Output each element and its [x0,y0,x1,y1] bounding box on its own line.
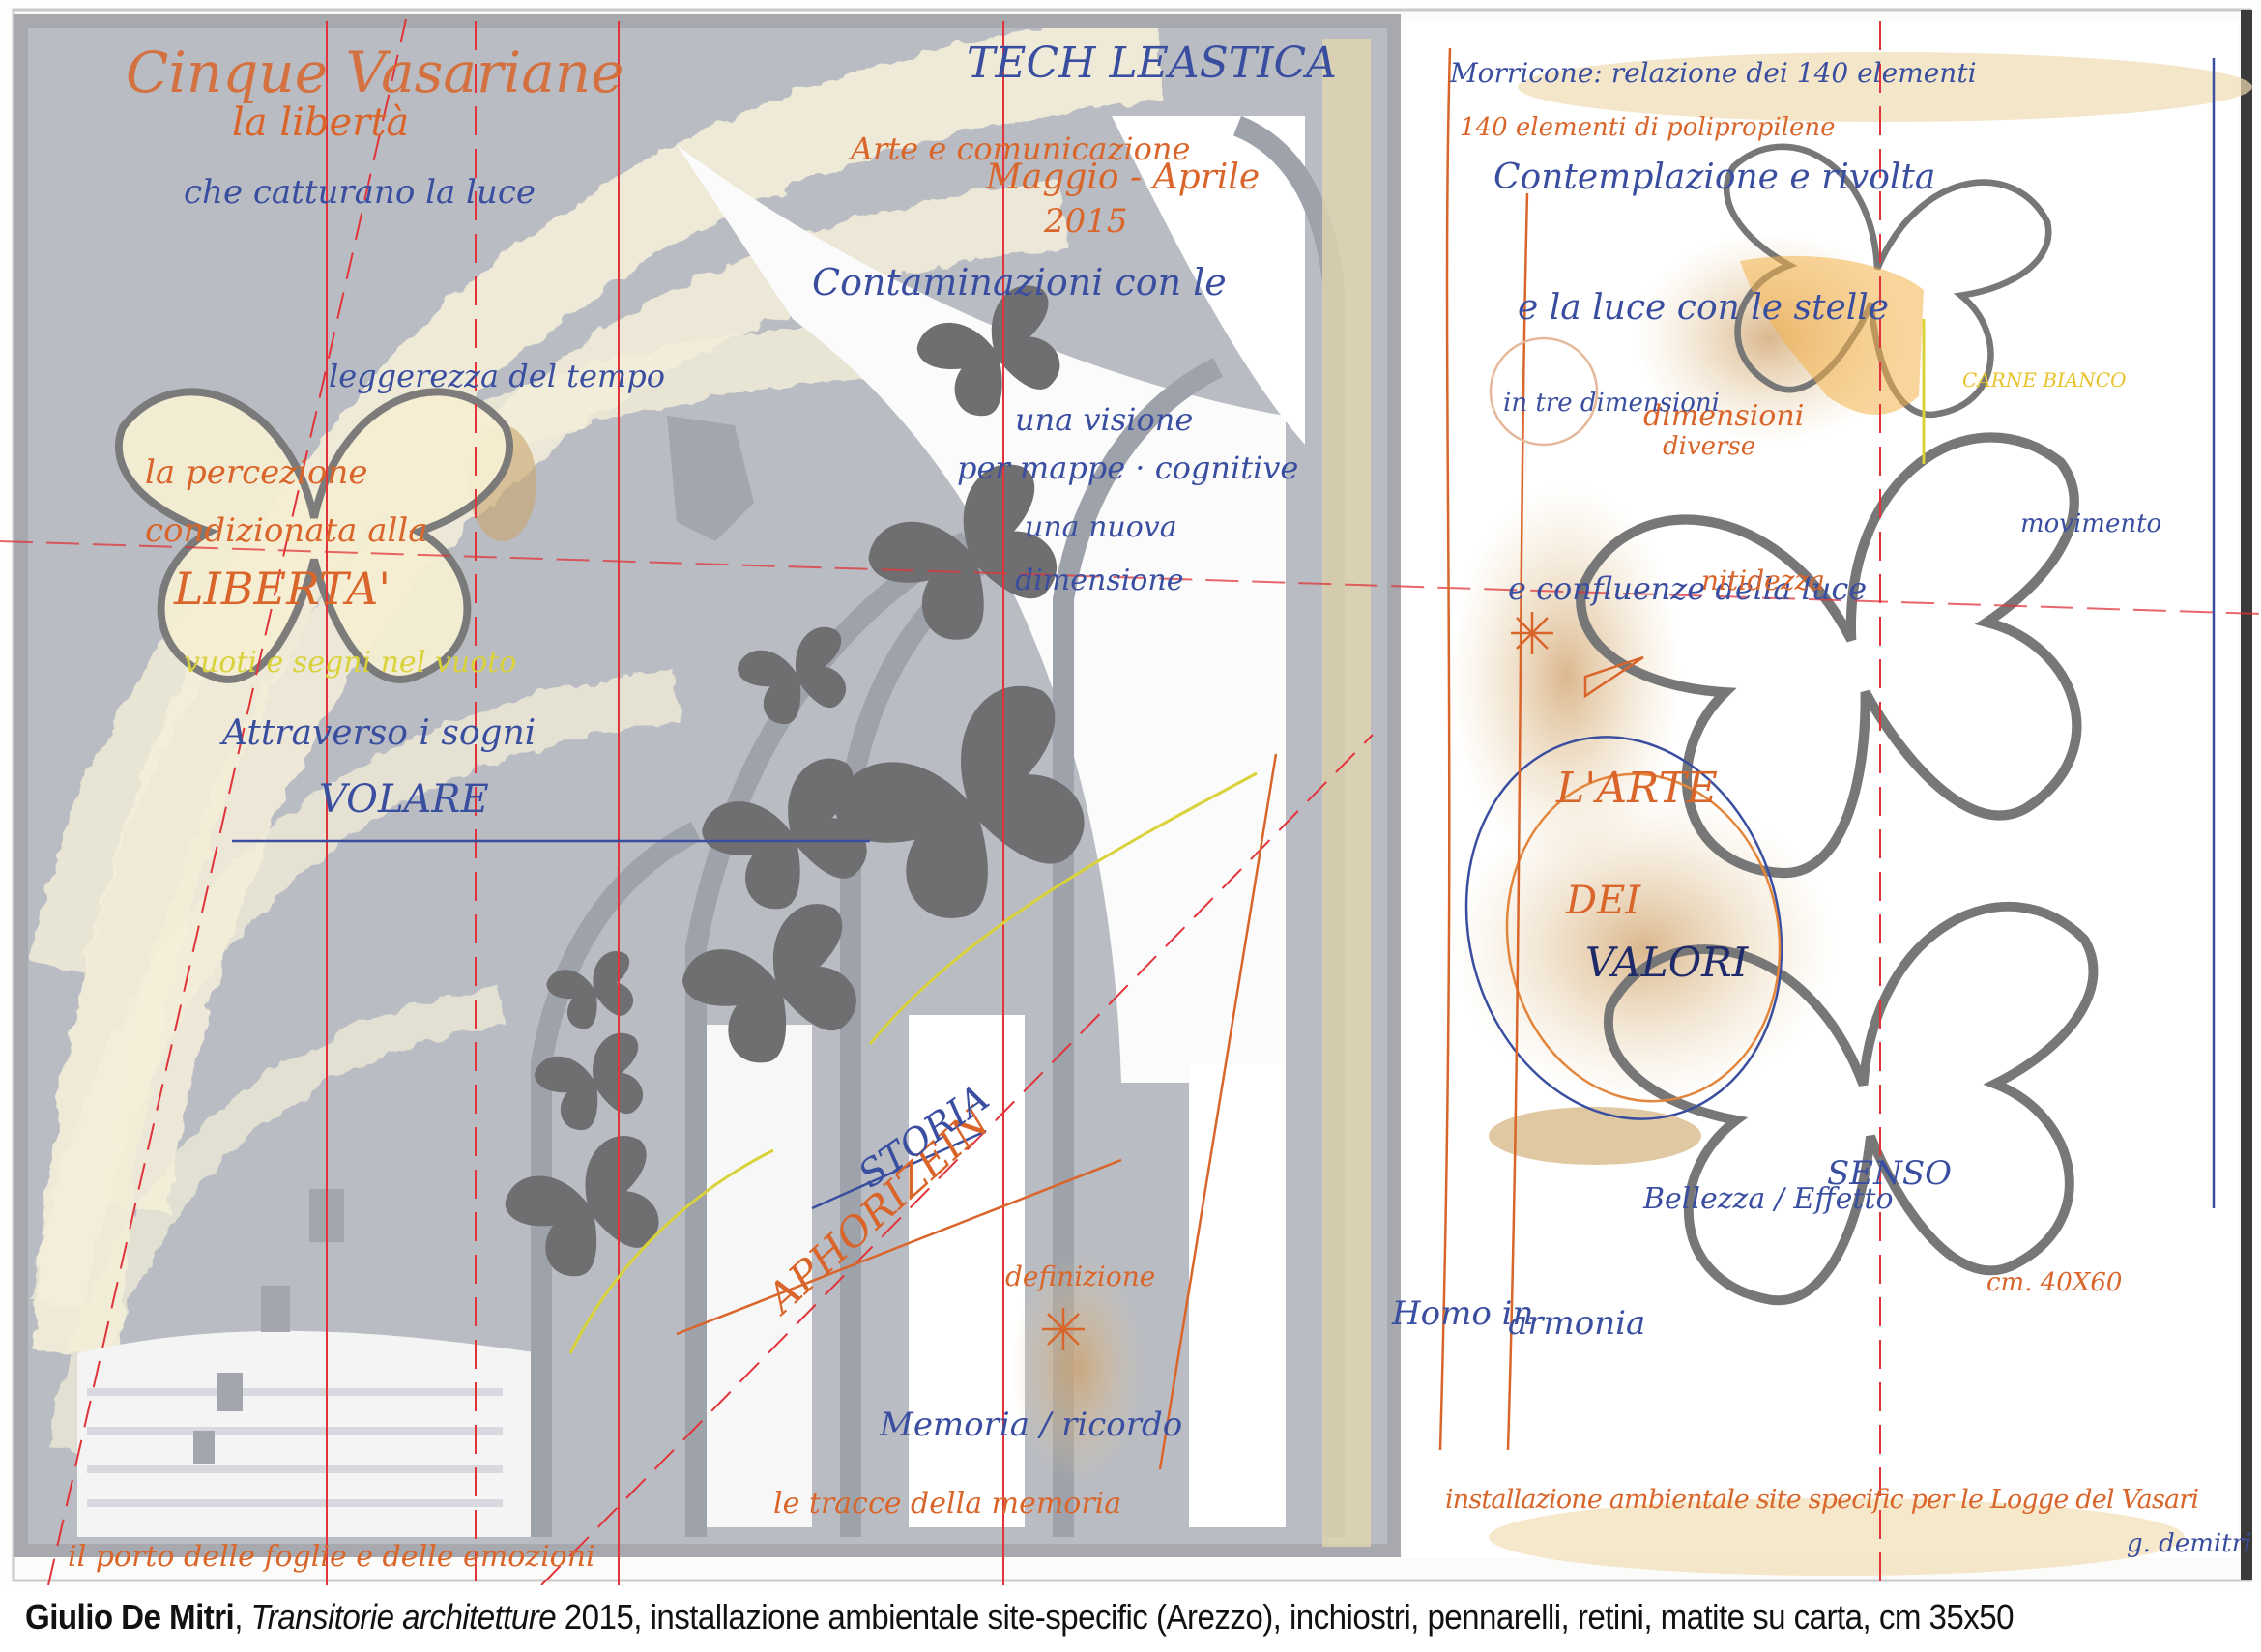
svg-text:la percezione: la percezione [145,453,368,492]
svg-text:che catturano la luce: che catturano la luce [184,173,536,212]
label-arte: L'ARTE [1555,764,1718,813]
svg-text:una visione: una visione [1015,401,1193,438]
label-carne-bianco: CARNE BIANCO [1962,368,2127,391]
caption-title: Transitorie architetture [251,1597,557,1637]
artwork-canvas: Cinque Vasariane la libertà che catturan… [0,0,2261,1585]
label-months: Maggio - Aprile [985,158,1260,197]
svg-text:le tracce della memoria: le tracce della memoria [773,1487,1121,1521]
svg-text:movimento: movimento [2020,509,2161,538]
svg-text:Contaminazioni con le: Contaminazioni con le [812,261,1227,304]
label-tech: TECH LEASTICA [967,39,1337,88]
label-senso: SENSO [1827,1154,1952,1193]
svg-text:diverse: diverse [1663,432,1755,461]
label-dimensions: cm. 40X60 [1986,1268,2122,1297]
svg-text:dimensione: dimensione [1015,564,1183,597]
svg-text:una nuova: una nuova [1025,510,1177,544]
svg-text:Cinque Vasariane: Cinque Vasariane [126,40,624,105]
svg-text:per mappe · cognitive: per mappe · cognitive [957,449,1298,486]
label-installazione: installazione ambientale site specific p… [1445,1485,2199,1515]
sheet-right-edge [2241,10,2252,1580]
caption-artist: Giulio De Mitri [25,1597,234,1637]
svg-text:condizionata alla: condizionata alla [145,511,428,550]
svg-text:Contemplazione e rivolta: Contemplazione e rivolta [1493,158,1935,197]
svg-text:armonia: armonia [1508,1304,1645,1343]
svg-text:140 elementi di polipropilene: 140 elementi di polipropilene [1460,113,1835,142]
caption-details: 2015, installazione ambientale site-spec… [556,1597,2014,1637]
artwork-image: Cinque Vasariane la libertà che catturan… [0,0,2261,1585]
label-in-tre: in tre dimensioni [1503,389,1720,418]
svg-text:definizione: definizione [1005,1261,1155,1292]
label-valori: VALORI [1585,939,1750,986]
svg-text:Memoria / ricordo: Memoria / ricordo [879,1406,1182,1444]
svg-text:il porto delle foglie e delle: il porto delle foglie e delle emozioni [68,1540,595,1574]
label-dei: DEI [1565,879,1641,923]
svg-text:nitidezza: nitidezza [1701,565,1825,596]
svg-text:vuoti e segni nel vuoto: vuoti e segni nel vuoto [184,646,516,680]
caption-separator: , [234,1597,250,1637]
svg-text:Morricone: relazione dei 140 e: Morricone: relazione dei 140 elementi [1449,57,1977,89]
svg-text:leggerezza del tempo: leggerezza del tempo [329,358,665,394]
svg-text:la libertà: la libertà [232,101,409,145]
label-liberta: LIBERTA' [173,563,391,615]
svg-text:e la luce con le stelle: e la luce con le stelle [1518,288,1889,328]
label-signature: g. demitri [2127,1529,2251,1558]
label-volare: VOLARE [319,777,489,822]
artwork-caption: Giulio De Mitri, Transitorie architettur… [25,1597,2014,1638]
svg-text:Attraverso i sogni: Attraverso i sogni [219,713,536,753]
label-year: 2015 [1043,202,1128,241]
